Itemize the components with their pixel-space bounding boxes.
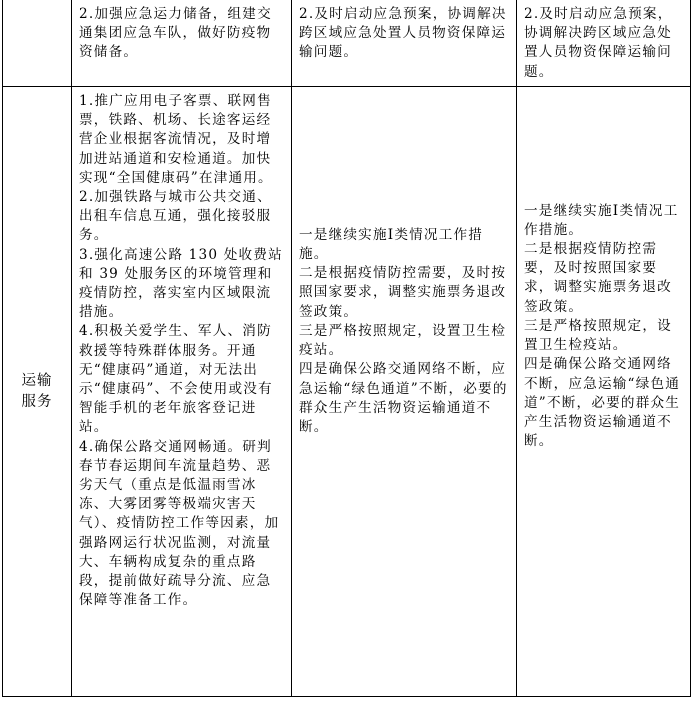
category-cell-empty — [3, 0, 72, 87]
table-row: 2.加强应急运力储备，组建交通集团应急车队，做好防疫物资储备。 2.及时启动应急… — [3, 0, 691, 87]
measure-item: 三是严格按照规定，设置卫生检疫站。 — [299, 322, 510, 360]
measure-item: 四是确保公路交通网络不断，应急运输“绿色通道”不断，必要的群众生产生活物资运输通… — [524, 355, 686, 451]
measure-item: 4.积极关爱学生、军人、消防救援等特殊群体服务。开通无“健康码”通道，对无法出示… — [79, 322, 285, 437]
measure-item: 4.确保公路交通网畅通。研判春节春运期间车流量趋势、恶劣天气（重点是低温雨雪冰冻… — [79, 438, 285, 611]
measure-item: 一是继续实施I类情况工作措施。 — [524, 202, 686, 240]
cell-measure-col3: 2.及时启动应急预案，协调解决跨区域应急处置人员物资保障运输问题。 — [517, 0, 691, 87]
cell-measure-col2: 一是继续实施I类情况工作措施。 二是根据疫情防控需要，及时按照国家要求，调整实施… — [292, 87, 517, 697]
measure-item: 1.推广应用电子客票、联网售票，铁路、机场、长途客运经营企业根据客流情况，及时增… — [79, 92, 285, 188]
measure-item: 3.强化高速公路 130 处收费站和 39 处服务区的环境管理和疫情防控，落实室… — [79, 246, 285, 323]
measure-item: 四是确保公路交通网络不断，应急运输“绿色通道”不断，必要的群众生产生活物资运输通… — [299, 360, 510, 437]
measure-item: 二是根据疫情防控需要，及时按照国家要求，调整实施票务退改签政策。 — [299, 264, 510, 322]
cell-measure-col3: 一是继续实施I类情况工作措施。 二是根据疫情防控需要，及时按照国家要求，调整实施… — [517, 87, 691, 697]
cell-measure-col2: 2.及时启动应急预案，协调解决跨区域应急处置人员物资保障运输问题。 — [292, 0, 517, 87]
measure-item: 三是严格按照规定，设置卫生检疫站。 — [524, 317, 686, 355]
cell-measure-col1: 1.推广应用电子客票、联网售票，铁路、机场、长途客运经营企业根据客流情况，及时增… — [72, 87, 292, 697]
measure-item: 一是继续实施I类情况工作措施。 — [299, 226, 510, 264]
emergency-measures-table: 2.加强应急运力储备，组建交通集团应急车队，做好防疫物资储备。 2.及时启动应急… — [2, 0, 691, 697]
table-row: 运输 服务 1.推广应用电子客票、联网售票，铁路、机场、长途客运经营企业根据客流… — [3, 87, 691, 697]
category-cell-transport-service: 运输 服务 — [3, 87, 72, 697]
cell-measure-col1: 2.加强应急运力储备，组建交通集团应急车队，做好防疫物资储备。 — [72, 0, 292, 87]
measure-item: 二是根据疫情防控需要，及时按照国家要求，调整实施票务退改签政策。 — [524, 240, 686, 317]
measure-item: 2.加强铁路与城市公共交通、出租车信息互通，强化接驳服务。 — [79, 188, 285, 246]
